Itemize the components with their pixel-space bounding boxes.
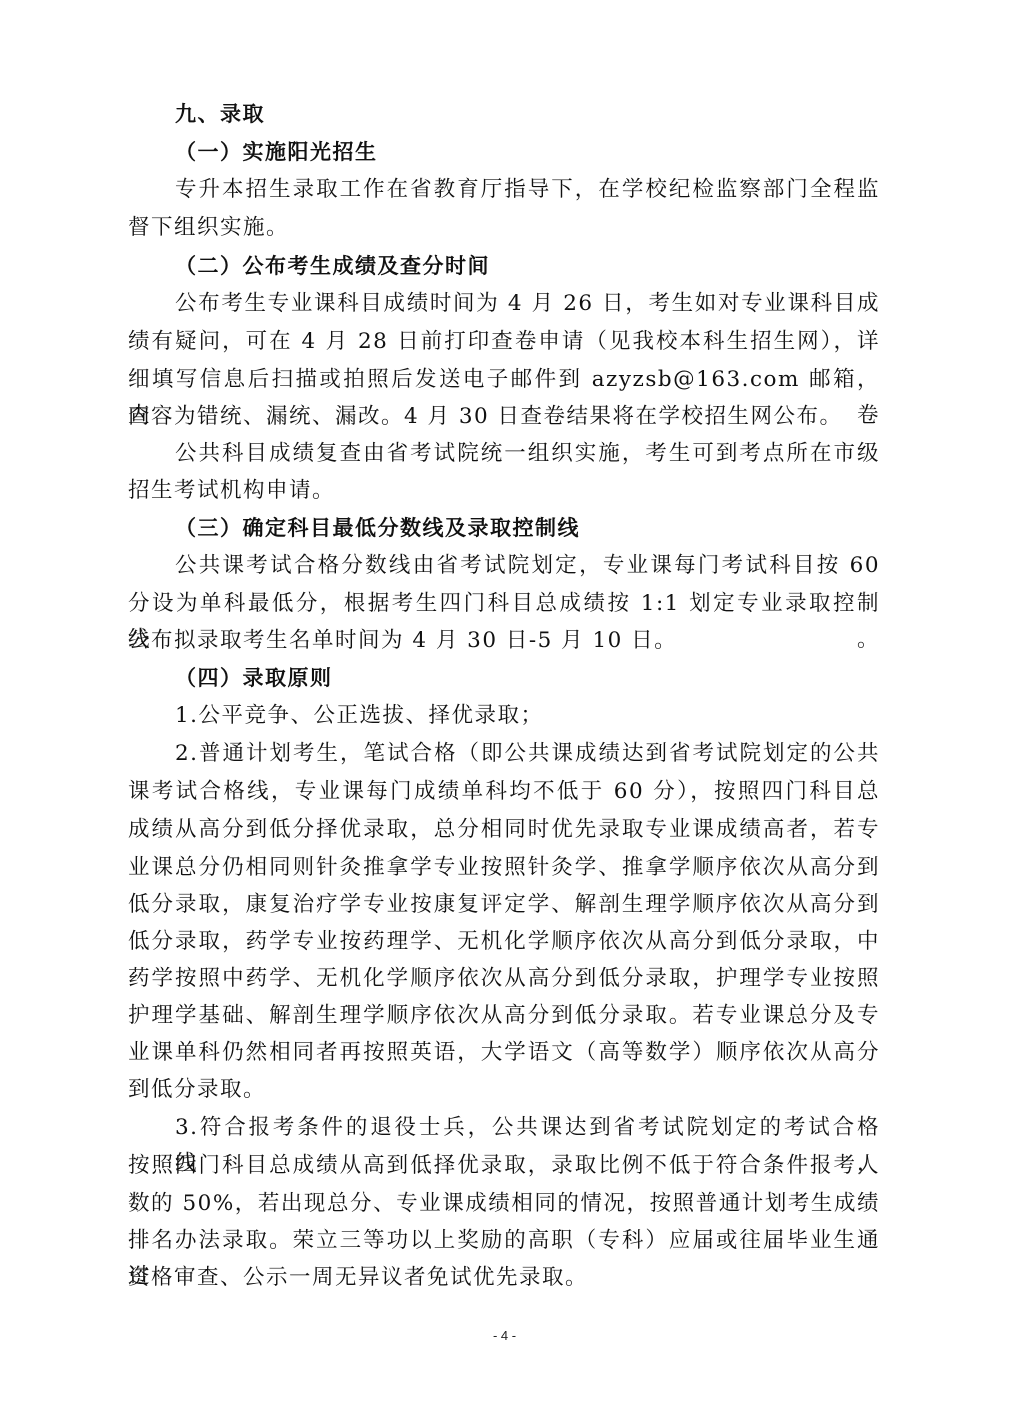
paragraph-line: 课考试合格线，专业课每门成绩单科均不低于 60 分），按照四门科目总 [128,774,880,810]
paragraph-line: 资格审查、公示一周无异议者免试优先录取。 [128,1260,880,1296]
paragraph-line: 2.普通计划考生，笔试合格（即公共课成绩达到省考试院划定的公共 [175,736,880,772]
paragraph-line: 专升本招生录取工作在省教育厅指导下，在学校纪检监察部门全程监 [175,172,880,208]
paragraph-line: 业课总分仍相同则针灸推拿学专业按照针灸学、推拿学顺序依次从高分到 [128,850,880,886]
paragraph-line: 低分录取，康复治疗学专业按康复评定学、解剖生理学顺序依次从高分到 [128,887,880,923]
paragraph-line: 公共科目成绩复查由省考试院统一组织实施，考生可到考点所在市级 [175,436,880,472]
section-title: 九、录取 [175,96,927,132]
paragraph-line: 数的 50%，若出现总分、专业课成绩相同的情况，按照普通计划考生成绩 [128,1186,880,1222]
subsection-heading-1: （一）实施阳光招生 [175,134,927,170]
paragraph-line: 到低分录取。 [128,1072,880,1108]
subsection-heading-4: （四）录取原则 [175,660,927,696]
page-number: - 4 - [0,1328,1009,1343]
paragraph-line: 绩有疑问，可在 4 月 28 日前打印查卷申请（见我校本科生招生网），详 [128,324,880,360]
subsection-heading-3: （三）确定科目最低分数线及录取控制线 [175,510,927,546]
paragraph-line: 内容为错统、漏统、漏改。4 月 30 日查卷结果将在学校招生网公布。 [128,399,880,435]
paragraph-line: 低分录取，药学专业按药理学、无机化学顺序依次从高分到低分录取，中 [128,924,880,960]
document-page: 九、录取 （一）实施阳光招生 专升本招生录取工作在省教育厅指导下，在学校纪检监察… [0,0,1009,1420]
paragraph-line: 成绩从高分到低分择优录取，总分相同时优先录取专业课成绩高者，若专 [128,812,880,848]
paragraph-line: 督下组织实施。 [128,210,880,246]
paragraph-line: 公共课考试合格分数线由省考试院划定，专业课每门考试科目按 60 [175,548,880,584]
paragraph-line: 公布拟录取考生名单时间为 4 月 30 日-5 月 10 日。 [128,623,880,659]
paragraph-line: 药学按照中药学、无机化学顺序依次从高分到低分录取，护理学专业按照 [128,961,880,997]
paragraph-line: 1.公平竞争、公正选拔、择优录取； [175,698,880,734]
paragraph-line: 招生考试机构申请。 [128,473,880,509]
paragraph-line: 业课单科仍然相同者再按照英语，大学语文（高等数学）顺序依次从高分 [128,1035,880,1071]
paragraph-line: 护理学基础、解剖生理学顺序依次从高分到低分录取。若专业课总分及专 [128,998,880,1034]
paragraph-line: 按照四门科目总成绩从高到低择优录取，录取比例不低于符合条件报考人 [128,1148,880,1184]
paragraph-line: 公布考生专业课科目成绩时间为 4 月 26 日，考生如对专业课科目成 [175,286,880,322]
subsection-heading-2: （二）公布考生成绩及查分时间 [175,248,927,284]
